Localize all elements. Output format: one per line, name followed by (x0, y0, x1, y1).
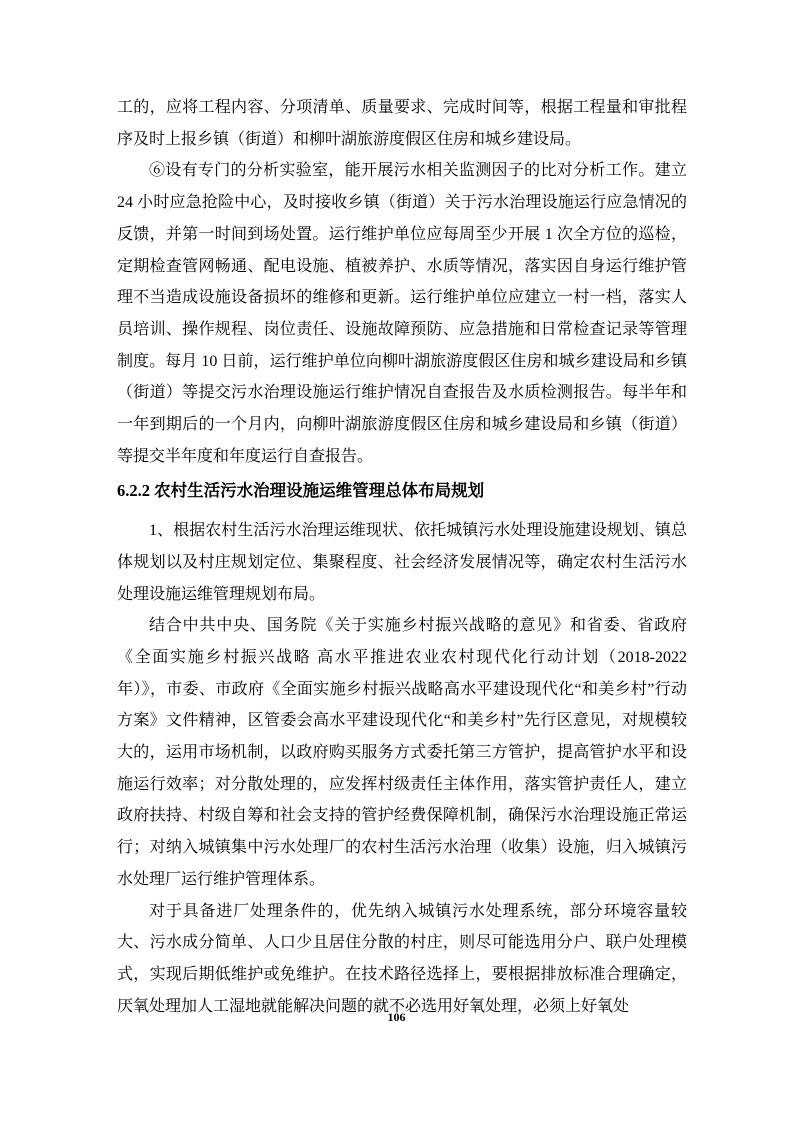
page-content: 工的，应将工程内容、分项清单、质量要求、完成时间等，根据工程量和审批程序及时上报… (117, 92, 687, 1022)
paragraph-overview: 1、根据农村生活污水治理运维现状、依托城镇污水处理设施建设规划、镇总体规划以及村… (117, 515, 687, 610)
section-heading-6-2-2: 6.2.2 农村生活污水治理设施运维管理总体布局规划 (117, 475, 687, 507)
paragraph-continuation: 工的，应将工程内容、分项清单、质量要求、完成时间等，根据工程量和审批程序及时上报… (117, 92, 687, 155)
paragraph-item6: ⑥设有专门的分析实验室，能开展污水相关监测因子的比对分析工作。建立 24 小时应… (117, 155, 687, 472)
paragraph-policy: 结合中共中央、国务院《关于实施乡村振兴战略的意见》和省委、省政府《全面实施乡村振… (117, 610, 687, 895)
paragraph-treatment-mode: 对于具备进厂处理条件的，优先纳入城镇污水处理系统，部分环境容量较大、污水成分简单… (117, 896, 687, 1023)
page-number: 106 (388, 1010, 406, 1024)
document-page: 工的，应将工程内容、分项清单、质量要求、完成时间等，根据工程量和审批程序及时上报… (0, 0, 793, 1122)
page-footer: 106 (0, 1008, 793, 1026)
